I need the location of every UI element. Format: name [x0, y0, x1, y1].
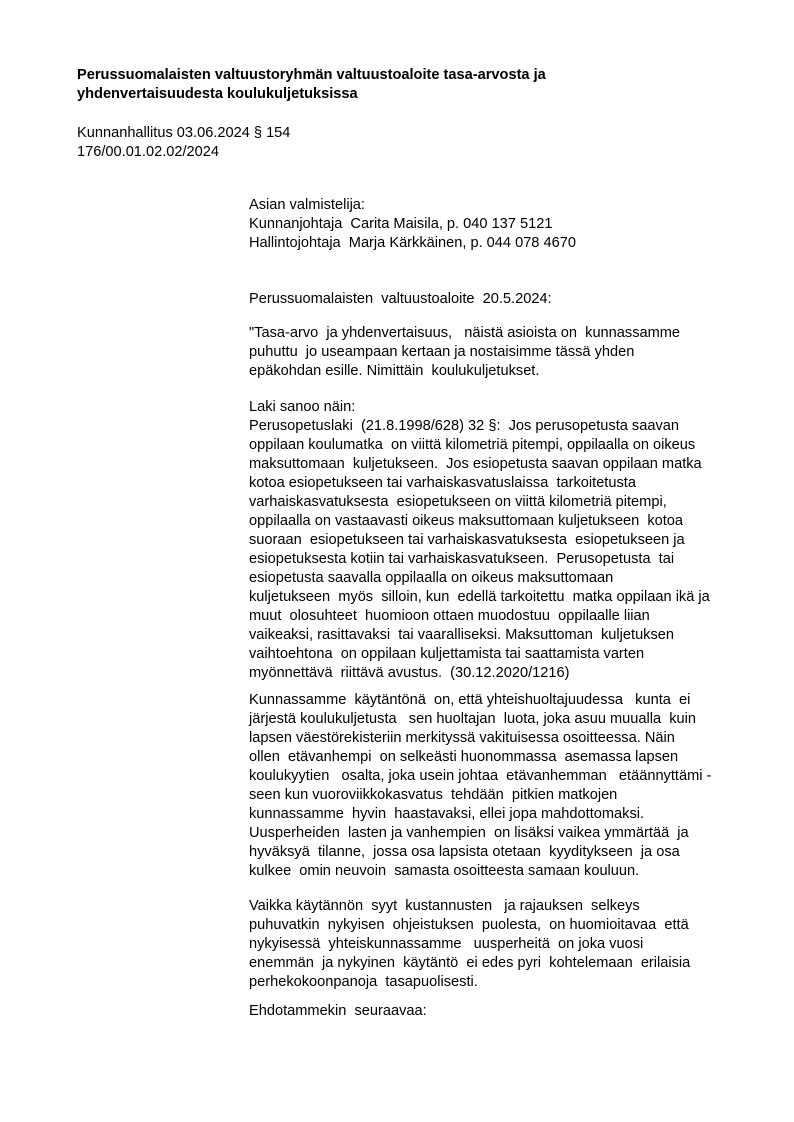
- paragraph-line: Kunnassamme käytäntönä on, että yhteishu…: [249, 691, 749, 710]
- paragraph-line: esiopetuksesta kotiin tai varhaiskasvatu…: [249, 550, 749, 569]
- paragraph-intro: "Tasa-arvo ja yhdenvertaisuus, näistä as…: [249, 324, 749, 381]
- paragraph-line: maksuttomaan kuljetukseen. Jos esiopetus…: [249, 455, 749, 474]
- paragraph-line: kulkee omin neuvoin samasta osoitteesta …: [249, 862, 749, 881]
- paragraph-line: kotoa esiopetukseen tai varhaiskasvatusl…: [249, 474, 749, 493]
- paragraph-line: "Tasa-arvo ja yhdenvertaisuus, näistä as…: [249, 324, 749, 343]
- paragraph-although: Vaikka käytännön syyt kustannusten ja ra…: [249, 897, 749, 992]
- paragraph-line: hyväksyä tilanne, jossa osa lapsista ote…: [249, 843, 749, 862]
- preparer-label: Asian valmistelija:: [249, 196, 749, 215]
- paragraph-line: ollen etävanhempi on selkeästi huonommas…: [249, 748, 749, 767]
- proposal-heading: Ehdotammekin seuraavaa:: [249, 1002, 749, 1021]
- paragraph-line: vaikeaksi, rasittavaksi tai vaaralliseks…: [249, 626, 749, 645]
- paragraph-line: kunnassamme hyvin haastavaksi, ellei jop…: [249, 805, 749, 824]
- paragraph-line: suoraan esiopetukseen tai varhaiskasvatu…: [249, 531, 749, 550]
- document-page: Perussuomalaisten valtuustoryhmän valtuu…: [0, 0, 794, 1122]
- title-line: yhdenvertaisuudesta koulukuljetuksissa: [77, 85, 717, 104]
- preparer-person: Kunnanjohtaja Carita Maisila, p. 040 137…: [249, 215, 749, 234]
- paragraph-line: oppilaalla on vastaavasti oikeus maksutt…: [249, 512, 749, 531]
- paragraph-line: perhekokoonpanoja tasapuolisesti.: [249, 973, 749, 992]
- paragraph-line: Vaikka käytännön syyt kustannusten ja ra…: [249, 897, 749, 916]
- paragraph-line: muut olosuhteet huomioon ottaen muodostu…: [249, 607, 749, 626]
- paragraph-line: seen kun vuoroviikkokasvatus tehdään pit…: [249, 786, 749, 805]
- paragraph-line: esiopetusta saavalla oppilaalla on oikeu…: [249, 569, 749, 588]
- paragraph-line: epäkohdan esille. Nimittäin koulukuljetu…: [249, 362, 749, 381]
- paragraph-line: Perusopetuslaki (21.8.1998/628) 32 §: Jo…: [249, 417, 749, 436]
- paragraph-line: järjestä koulukuljetusta sen huoltajan l…: [249, 710, 749, 729]
- paragraph-line: lapsen väestörekisteriin merkityssä vaki…: [249, 729, 749, 748]
- paragraph-line: Uusperheiden lasten ja vanhempien on lis…: [249, 824, 749, 843]
- preparer-block: Asian valmistelija: Kunnanjohtaja Carita…: [249, 196, 749, 253]
- document-title: Perussuomalaisten valtuustoryhmän valtuu…: [77, 66, 717, 104]
- title-line: Perussuomalaisten valtuustoryhmän valtuu…: [77, 66, 717, 85]
- proposal-heading-block: Ehdotammekin seuraavaa:: [249, 1002, 749, 1021]
- initiative-heading-block: Perussuomalaisten valtuustoaloite 20.5.2…: [249, 290, 749, 309]
- paragraph-line: nykyisessä yhteiskunnassamme uusperheitä…: [249, 935, 749, 954]
- paragraph-line: enemmän ja nykyinen käytäntö ei edes pyr…: [249, 954, 749, 973]
- paragraph-law: Laki sanoo näin: Perusopetuslaki (21.8.1…: [249, 398, 749, 683]
- paragraph-line: puhuttu jo useampaan kertaan ja nostaisi…: [249, 343, 749, 362]
- paragraph-line: Laki sanoo näin:: [249, 398, 749, 417]
- paragraph-line: vaihtoehtona on oppilaan kuljettamista t…: [249, 645, 749, 664]
- paragraph-line: varhaiskasvatuksesta esiopetukseen on vi…: [249, 493, 749, 512]
- paragraph-line: koulukyytien osalta, joka usein johtaa e…: [249, 767, 749, 786]
- meeting-reference: Kunnanhallitus 03.06.2024 § 154: [77, 124, 290, 143]
- record-number: 176/00.01.02.02/2024: [77, 143, 290, 162]
- paragraph-line: oppilaan koulumatka on viittä kilometriä…: [249, 436, 749, 455]
- paragraph-line: puhuvatkin nykyisen ohjeistuksen puolest…: [249, 916, 749, 935]
- paragraph-practice: Kunnassamme käytäntönä on, että yhteishu…: [249, 691, 749, 881]
- paragraph-line: myönnettävä riittävä avustus. (30.12.202…: [249, 664, 749, 683]
- meeting-meta: Kunnanhallitus 03.06.2024 § 154 176/00.0…: [77, 124, 290, 162]
- initiative-heading: Perussuomalaisten valtuustoaloite 20.5.2…: [249, 290, 749, 309]
- preparer-person: Hallintojohtaja Marja Kärkkäinen, p. 044…: [249, 234, 749, 253]
- paragraph-line: kuljetukseen myös silloin, kun edellä ta…: [249, 588, 749, 607]
